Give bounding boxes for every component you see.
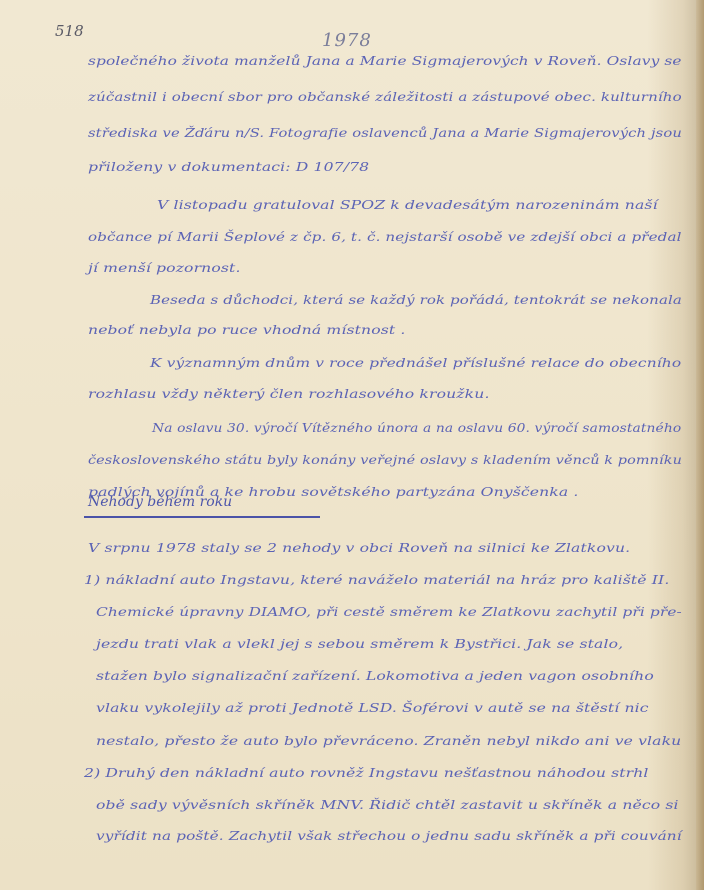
page-number: 518 bbox=[55, 22, 84, 40]
text-line: obě sady vývěsních skříněk MNV. Řidič ch… bbox=[96, 797, 679, 812]
text-line: československého státu byly konány veřej… bbox=[88, 452, 682, 467]
text-line: Beseda s důchodci, která se každý rok po… bbox=[150, 292, 682, 307]
text-line: střediska ve Žďáru n/S. Fotografie oslav… bbox=[88, 125, 682, 140]
text-line: společného života manželů Jana a Marie S… bbox=[88, 53, 682, 68]
text-line: zúčastnil i obecní sbor pro občanské zál… bbox=[88, 89, 682, 104]
text-line: stažen bylo signalizační zařízení. Lokom… bbox=[96, 668, 654, 683]
text-line: občance pí Marii Šeplové z čp. 6, t. č. … bbox=[88, 229, 682, 244]
text-line: 1) nákladní auto Ingstavu, které navážel… bbox=[84, 572, 669, 587]
text-line: neboť nebyla po ruce vhodná místnost . bbox=[88, 322, 405, 337]
chronicle-page: 518 1978 společného života manželů Jana … bbox=[0, 0, 704, 890]
text-line: vyřídit na poště. Zachytil však střechou… bbox=[96, 828, 682, 843]
page-year: 1978 bbox=[322, 30, 372, 51]
text-line: nestalo, přesto že auto bylo převráceno.… bbox=[96, 733, 681, 748]
text-line: rozhlasu vždy některý člen rozhlasového … bbox=[88, 386, 490, 401]
text-line: vlaku vykolejily až proti Jednotě LSD. Š… bbox=[96, 700, 649, 715]
text-line: přiloženy v dokumentaci: D 107/78 bbox=[88, 159, 369, 174]
text-line: 2) Druhý den nákladní auto rovněž Ingsta… bbox=[84, 765, 649, 780]
text-line: V srpnu 1978 staly se 2 nehody v obci Ro… bbox=[88, 540, 630, 555]
text-line: Na oslavu 30. výročí Vítězného února a n… bbox=[152, 420, 681, 435]
text-line: V listopadu gratuloval SPOZ k devadesátý… bbox=[157, 197, 658, 212]
text-line: jí menší pozornost. bbox=[88, 260, 241, 275]
text-line: K významným dnům v roce přednášel příslu… bbox=[150, 355, 681, 370]
heading-underline bbox=[84, 516, 320, 518]
section-heading: Nehody během roku bbox=[88, 494, 232, 510]
text-line: Chemické úpravny DIAMO, při cestě směrem… bbox=[96, 604, 682, 619]
text-line: jezdu trati vlak a vlekl jej s sebou smě… bbox=[96, 636, 623, 651]
